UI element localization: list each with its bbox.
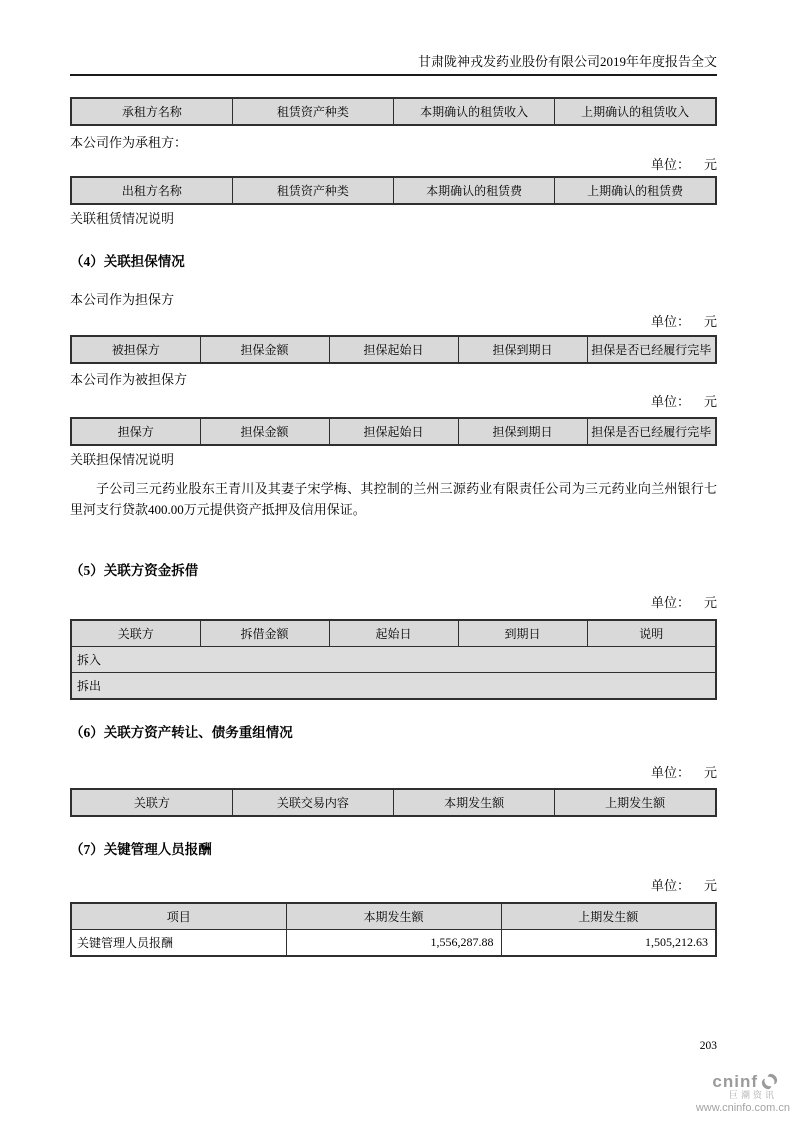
- guarantee-note-text: 子公司三元药业股东王青川及其妻子宋学梅、其控制的兰州三源药业有限责任公司为三元药…: [70, 478, 717, 520]
- column-header: 关联方: [71, 789, 232, 816]
- unit-value: 元: [704, 314, 717, 329]
- unit-label: 单位：: [651, 394, 690, 409]
- column-header: 承租方名称: [71, 98, 232, 125]
- lease-expense-table: 出租方名称 租赁资产种类 本期确认的租赁费 上期确认的租赁费: [70, 176, 717, 205]
- table-row: 关键管理人员报酬 1,556,287.88 1,505,212.63: [71, 930, 716, 957]
- column-header: 担保起始日: [329, 336, 458, 363]
- unit-label: 单位：: [651, 157, 690, 172]
- column-header: 项目: [71, 903, 286, 930]
- compensation-prior-amount: 1,505,212.63: [501, 930, 716, 957]
- guarantee-note-label: 关联担保情况说明: [70, 452, 717, 468]
- section-heading-5: （5）关联方资金拆借: [70, 562, 717, 579]
- asset-transfer-table: 关联方 关联交易内容 本期发生额 上期发生额: [70, 788, 717, 817]
- column-header: 关联方: [71, 620, 200, 647]
- column-header: 担保方: [71, 418, 200, 445]
- compensation-current-amount: 1,556,287.88: [286, 930, 501, 957]
- lease-note: 关联租赁情况说明: [70, 211, 717, 227]
- table-header-row: 关联方 关联交易内容 本期发生额 上期发生额: [71, 789, 716, 816]
- unit-label: 单位：: [651, 878, 690, 893]
- column-header: 本期发生额: [394, 789, 555, 816]
- guarantor-table: 被担保方 担保金额 担保起始日 担保到期日 担保是否已经履行完毕: [70, 335, 717, 364]
- unit-label: 单位：: [651, 595, 690, 610]
- column-header: 担保到期日: [458, 418, 587, 445]
- page-content: 甘肃陇神戎发药业股份有限公司2019年年度报告全文 承租方名称 租赁资产种类 本…: [70, 0, 717, 957]
- fund-borrowing-table: 关联方 拆借金额 起始日 到期日 说明 拆入 拆出: [70, 619, 717, 700]
- unit-line: 单位：元: [70, 878, 717, 893]
- table-row: 拆出: [71, 673, 716, 700]
- as-guarantor-note: 本公司作为担保方: [70, 292, 717, 308]
- column-header: 上期发生额: [501, 903, 716, 930]
- column-header: 本期确认的租赁收入: [394, 98, 555, 125]
- column-header: 上期确认的租赁收入: [555, 98, 716, 125]
- column-header: 拆借金额: [200, 620, 329, 647]
- cninfo-url: www.cninfo.com.cn: [696, 1102, 790, 1115]
- section-heading-6: （6）关联方资产转让、债务重组情况: [70, 724, 717, 741]
- unit-value: 元: [704, 878, 717, 893]
- column-header: 租赁资产种类: [232, 98, 393, 125]
- table-header-row: 被担保方 担保金额 担保起始日 担保到期日 担保是否已经履行完毕: [71, 336, 716, 363]
- section-heading-7: （7）关键管理人员报酬: [70, 841, 717, 858]
- unit-line: 单位：元: [70, 394, 717, 409]
- section-heading-4: （4）关联担保情况: [70, 253, 717, 270]
- column-header: 上期确认的租赁费: [555, 177, 716, 204]
- column-header: 本期确认的租赁费: [394, 177, 555, 204]
- cninfo-watermark: cninf 巨潮资讯 www.cninfo.com.cn: [696, 1072, 790, 1115]
- unit-label: 单位：: [651, 765, 690, 780]
- table-header-row: 承租方名称 租赁资产种类 本期确认的租赁收入 上期确认的租赁收入: [71, 98, 716, 125]
- unit-line: 单位：元: [70, 157, 717, 172]
- column-header: 担保起始日: [329, 418, 458, 445]
- page-number: 203: [700, 1039, 717, 1053]
- column-header: 到期日: [458, 620, 587, 647]
- compensation-item: 关键管理人员报酬: [71, 930, 286, 957]
- unit-line: 单位：元: [70, 314, 717, 329]
- cninfo-swirl-icon: [760, 1072, 779, 1091]
- column-header: 担保金额: [200, 336, 329, 363]
- column-header: 上期发生额: [555, 789, 716, 816]
- lessee-note: 本公司作为承租方：: [70, 135, 717, 151]
- unit-label: 单位：: [651, 314, 690, 329]
- column-header: 本期发生额: [286, 903, 501, 930]
- borrow-out-row: 拆出: [71, 673, 716, 700]
- table-header-row: 项目 本期发生额 上期发生额: [71, 903, 716, 930]
- column-header: 出租方名称: [71, 177, 232, 204]
- unit-line: 单位：元: [70, 595, 717, 610]
- guaranteed-table: 担保方 担保金额 担保起始日 担保到期日 担保是否已经履行完毕: [70, 417, 717, 446]
- unit-value: 元: [704, 595, 717, 610]
- compensation-table: 项目 本期发生额 上期发生额 关键管理人员报酬 1,556,287.88 1,5…: [70, 902, 717, 957]
- cninfo-logo-subtext: 巨潮资讯: [696, 1090, 790, 1100]
- lease-income-table: 承租方名称 租赁资产种类 本期确认的租赁收入 上期确认的租赁收入: [70, 97, 717, 126]
- column-header: 担保是否已经履行完毕: [587, 418, 716, 445]
- as-guaranteed-note: 本公司作为被担保方: [70, 372, 717, 388]
- column-header: 关联交易内容: [232, 789, 393, 816]
- column-header: 租赁资产种类: [232, 177, 393, 204]
- column-header: 担保是否已经履行完毕: [587, 336, 716, 363]
- table-header-row: 关联方 拆借金额 起始日 到期日 说明: [71, 620, 716, 647]
- unit-value: 元: [704, 394, 717, 409]
- unit-line: 单位：元: [70, 765, 717, 780]
- column-header: 担保金额: [200, 418, 329, 445]
- column-header: 说明: [587, 620, 716, 647]
- column-header: 被担保方: [71, 336, 200, 363]
- borrow-in-row: 拆入: [71, 647, 716, 673]
- table-row: 拆入: [71, 647, 716, 673]
- table-header-row: 担保方 担保金额 担保起始日 担保到期日 担保是否已经履行完毕: [71, 418, 716, 445]
- table-header-row: 出租方名称 租赁资产种类 本期确认的租赁费 上期确认的租赁费: [71, 177, 716, 204]
- cninfo-logo-row: cninf: [696, 1072, 790, 1091]
- column-header: 担保到期日: [458, 336, 587, 363]
- report-header-title: 甘肃陇神戎发药业股份有限公司2019年年度报告全文: [70, 0, 717, 76]
- cninfo-logo-text: cninf: [712, 1073, 758, 1091]
- column-header: 起始日: [329, 620, 458, 647]
- unit-value: 元: [704, 765, 717, 780]
- unit-value: 元: [704, 157, 717, 172]
